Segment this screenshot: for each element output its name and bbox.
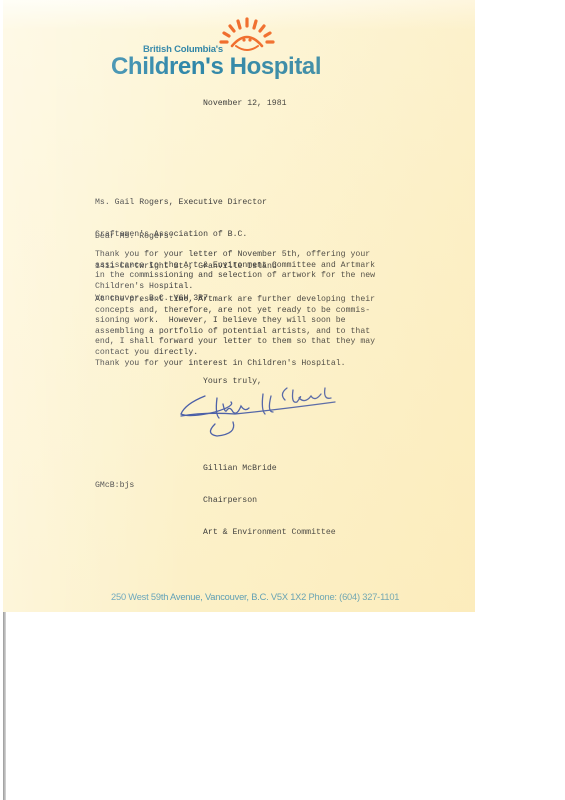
signer-title: Chairperson: [203, 496, 336, 507]
sun-eye-icon: [219, 16, 275, 54]
body-paragraph: Thank you for your interest in Children'…: [95, 359, 346, 370]
body-paragraph: Thank you for your letter of November 5t…: [95, 250, 375, 292]
reference-initials: GMcB:bjs: [95, 481, 134, 492]
signer-committee: Art & Environment Committee: [203, 528, 336, 539]
letterhead-footer-address: 250 West 59th Avenue, Vancouver, B.C. V5…: [111, 592, 399, 602]
letter-page: British Columbia's Children's Hospital N…: [3, 0, 475, 612]
signer-name: Gillian McBride: [203, 464, 336, 475]
recipient-line: Ms. Gail Rogers, Executive Director: [95, 198, 277, 209]
letter-date: November 12, 1981: [203, 99, 287, 110]
org-name: Children's Hospital: [111, 53, 321, 81]
scan-edge-shadow: [3, 612, 6, 800]
salutation: Dear Ms. Rogers:: [95, 232, 174, 243]
body-paragraph: At the present time, Artmark are further…: [95, 295, 375, 359]
signature-block: Gillian McBride Chairperson Art & Enviro…: [203, 443, 336, 560]
handwritten-signature-icon: [175, 384, 345, 440]
letterhead-logo: British Columbia's Children's Hospital: [111, 16, 371, 86]
